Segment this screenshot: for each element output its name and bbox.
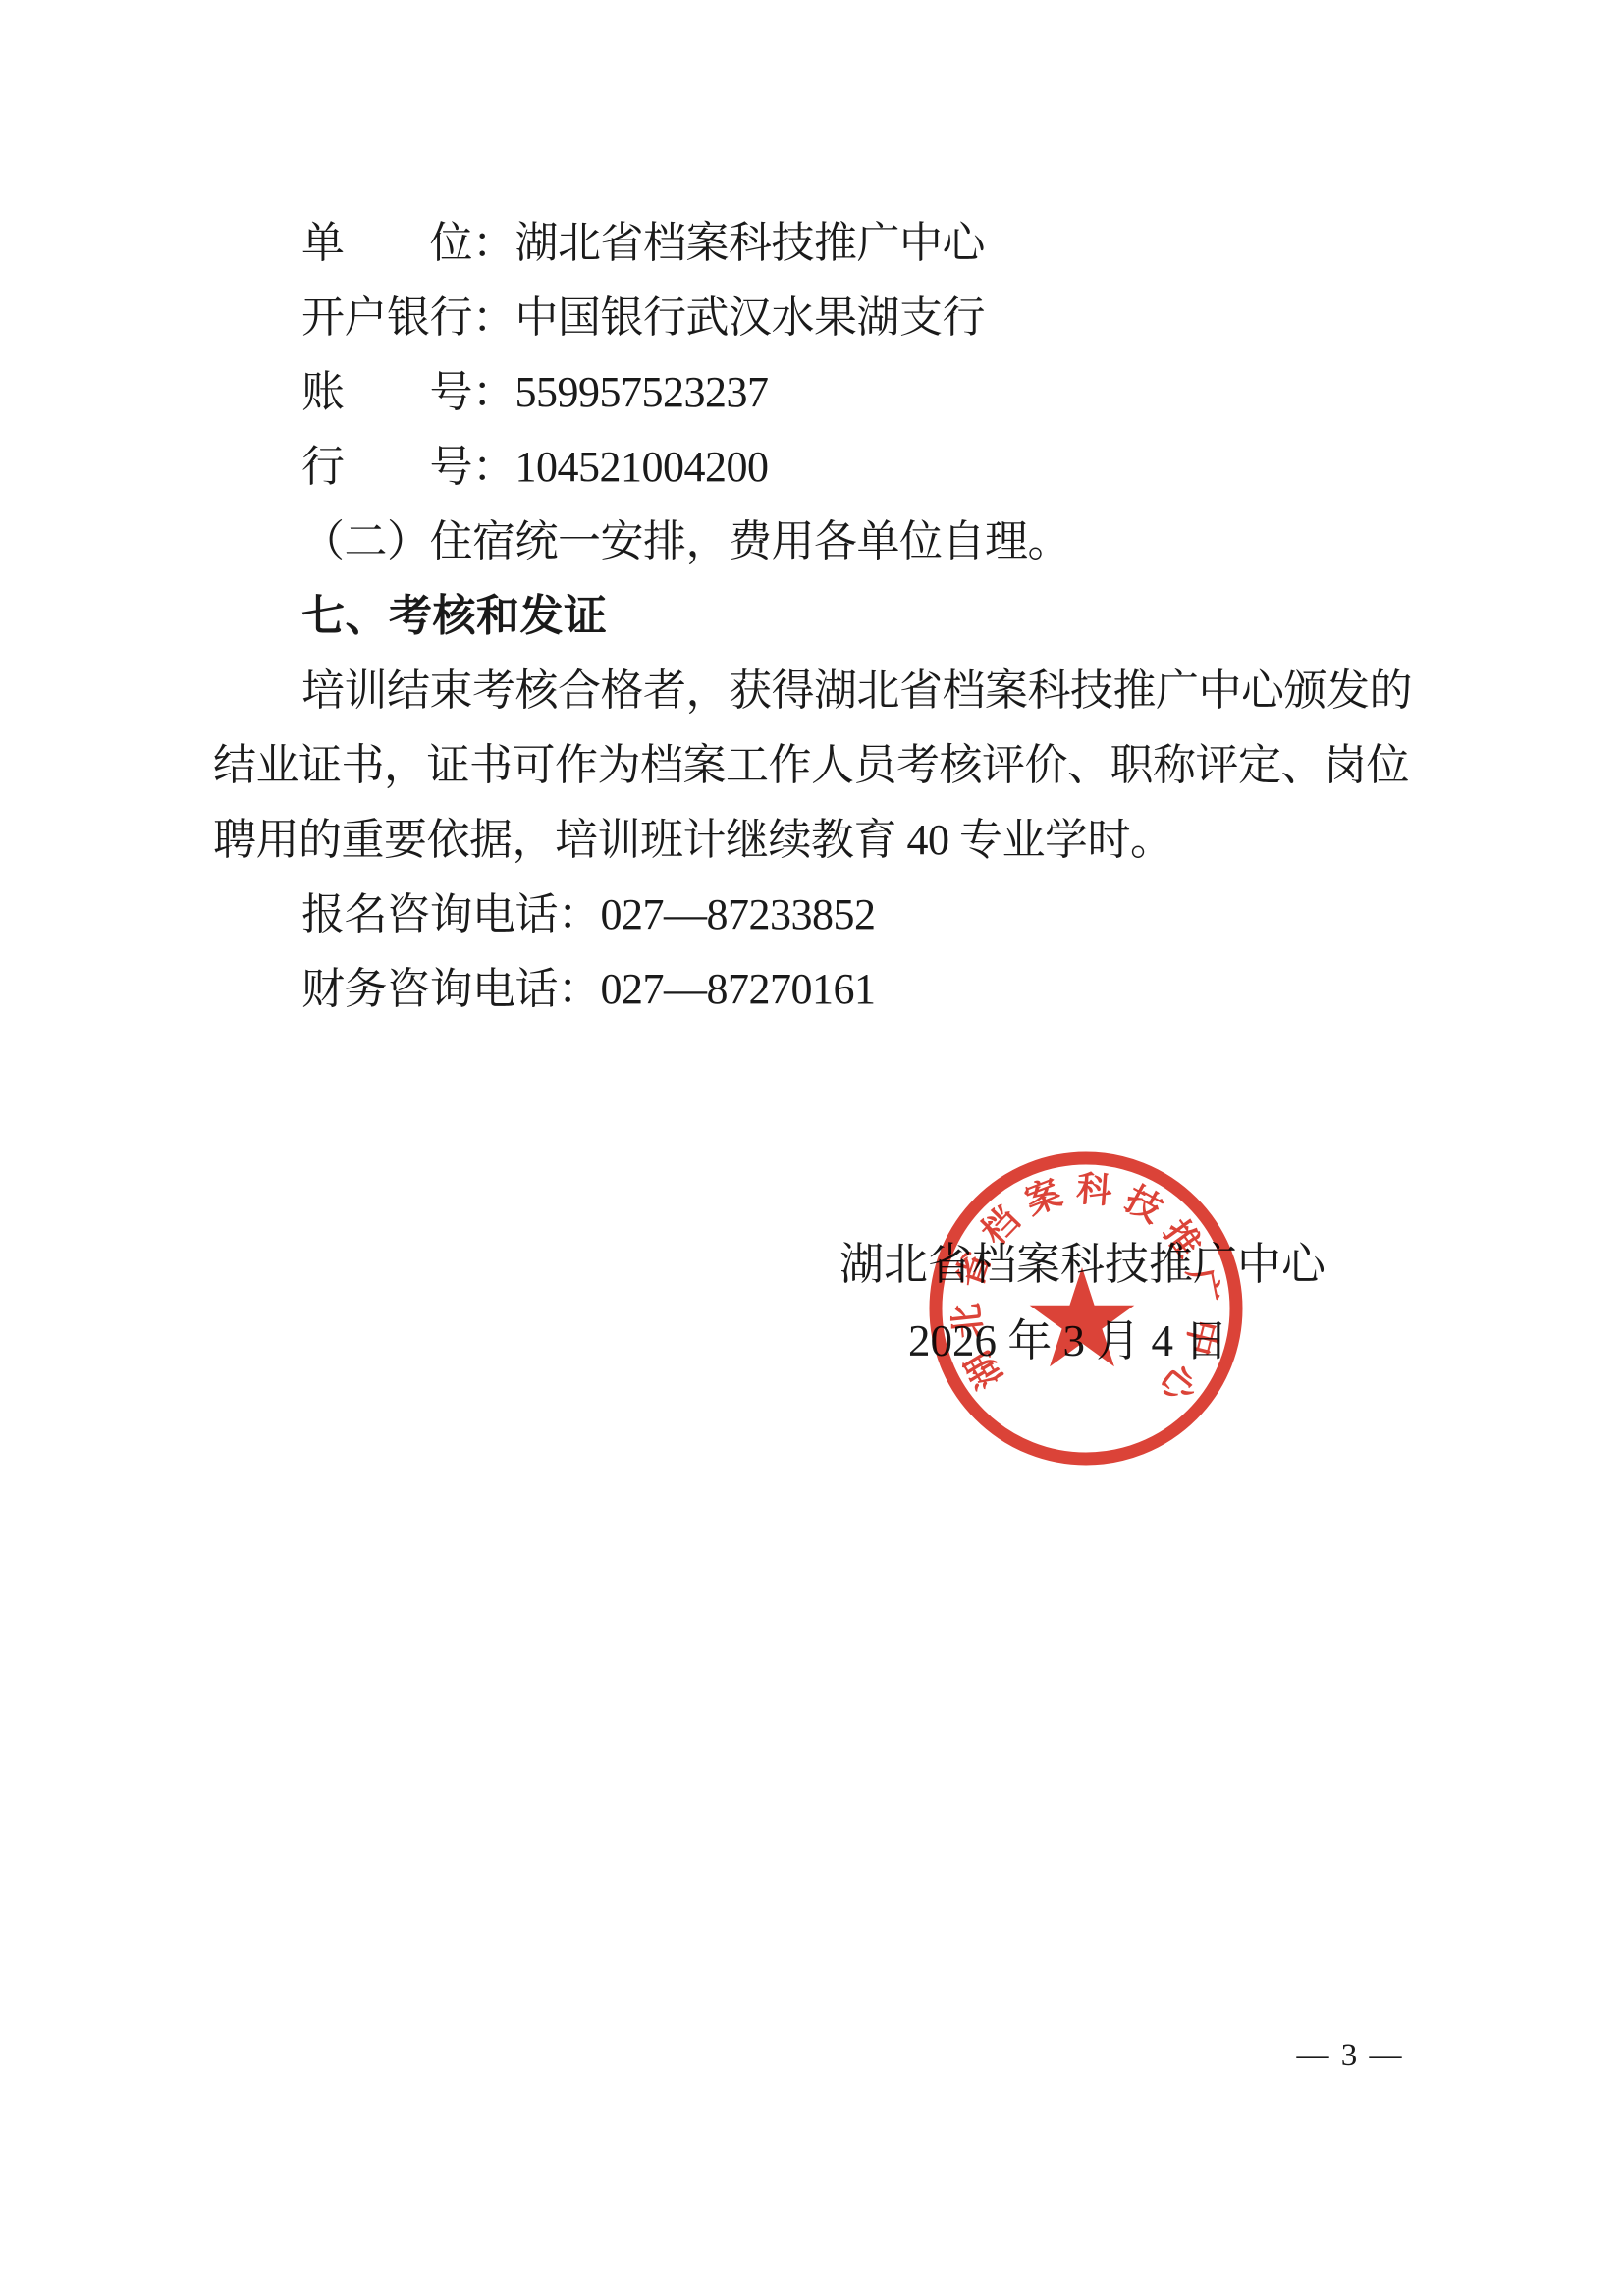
section-heading: 七、考核和发证	[213, 579, 1419, 654]
page-number: — 3 —	[1272, 2034, 1429, 2077]
paragraph-line: 结业证书，证书可作为档案工作人员考核评价、职称评定、岗位	[213, 728, 1419, 803]
signature-org: 湖北省档案科技推广中心	[839, 1227, 1326, 1302]
document-body: 单 位：湖北省档案科技推广中心 开户银行：中国银行武汉水果湖支行 账 号：559…	[213, 206, 1419, 1027]
account-label: 行 号：	[301, 443, 515, 491]
account-line: 账 号：559957523237	[213, 355, 1419, 430]
account-label: 单 位：	[301, 219, 515, 267]
account-label: 账 号：	[301, 368, 515, 416]
account-value: 559957523237	[515, 368, 769, 416]
svg-text:科: 科	[1075, 1169, 1113, 1210]
paragraph-line: 培训结束考核合格者，获得湖北省档案科技推广中心颁发的	[213, 654, 1419, 728]
svg-text:案: 案	[1020, 1173, 1067, 1222]
account-value: 104521004200	[515, 443, 769, 491]
account-line: 单 位：湖北省档案科技推广中心	[213, 206, 1419, 281]
signature-date: 2026 年 3 月 4 日	[908, 1304, 1228, 1378]
account-line: 行 号：104521004200	[213, 430, 1419, 505]
contact-line: 财务咨询电话：027—87270161	[213, 952, 1419, 1027]
account-value: 湖北省档案科技推广中心	[515, 219, 986, 267]
contact-line: 报名咨询电话：027—87233852	[213, 878, 1419, 952]
account-line: 开户银行：中国银行武汉水果湖支行	[213, 281, 1419, 355]
document-page: 单 位：湖北省档案科技推广中心 开户银行：中国银行武汉水果湖支行 账 号：559…	[0, 0, 1624, 2296]
paragraph-line: 聘用的重要依据，培训班计继续教育 40 专业学时。	[213, 803, 1419, 878]
svg-text:技: 技	[1118, 1179, 1168, 1230]
hosting-note: （二）住宿统一安排，费用各单位自理。	[213, 505, 1419, 579]
account-label: 开户银行：	[301, 294, 515, 342]
account-value: 中国银行武汉水果湖支行	[515, 294, 986, 342]
